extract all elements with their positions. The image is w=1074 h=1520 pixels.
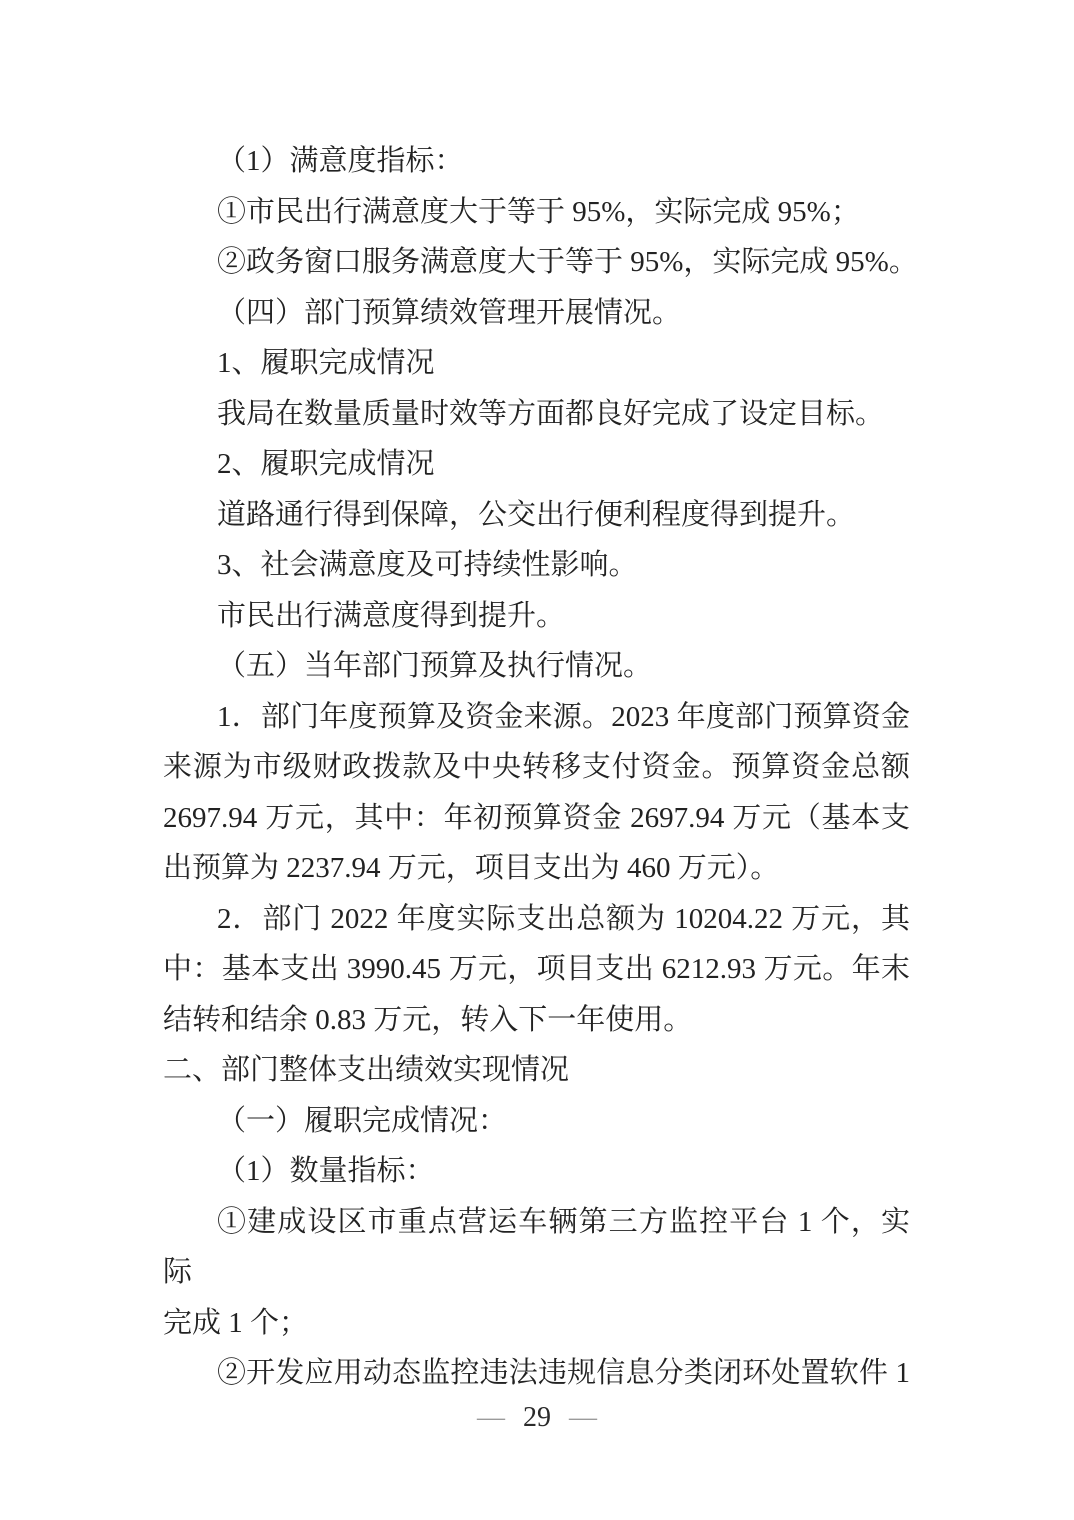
- text-line: （五）当年部门预算及执行情况。: [163, 641, 910, 692]
- text-line: ①建成设区市重点营运车辆第三方监控平台 1 个，实际: [163, 1197, 910, 1298]
- text-line: （一）履职完成情况：: [163, 1096, 910, 1147]
- text-line: （四）部门预算绩效管理开展情况。: [163, 288, 910, 339]
- text-line: ①市民出行满意度大于等于 95%，实际完成 95%；: [163, 187, 910, 238]
- text-line: 完成 1 个；: [163, 1298, 910, 1349]
- footer-dash-left: —: [477, 1402, 505, 1433]
- text-line: 道路通行得到保障，公交出行便利程度得到提升。: [163, 490, 910, 541]
- text-line: 结转和结余 0.83 万元，转入下一年使用。: [163, 995, 910, 1046]
- text-line: 3、社会满意度及可持续性影响。: [163, 540, 910, 591]
- section-heading: 二、部门整体支出绩效实现情况: [163, 1045, 910, 1096]
- text-line: 出预算为 2237.94 万元，项目支出为 460 万元）。: [163, 843, 910, 894]
- text-line: 2．部门 2022 年度实际支出总额为 10204.22 万元，其: [163, 894, 910, 945]
- text-line: 1、履职完成情况: [163, 338, 910, 389]
- text-line: 2697.94 万元，其中：年初预算资金 2697.94 万元（基本支: [163, 793, 910, 844]
- text-line: 我局在数量质量时效等方面都良好完成了设定目标。: [163, 389, 910, 440]
- text-line: ②开发应用动态监控违法违规信息分类闭环处置软件 1: [163, 1348, 910, 1399]
- footer-dash-right: —: [569, 1402, 597, 1433]
- text-line: （1）数量指标：: [163, 1146, 910, 1197]
- text-line: 1．部门年度预算及资金来源。2023 年度部门预算资金: [163, 692, 910, 743]
- text-line: 中：基本支出 3990.45 万元，项目支出 6212.93 万元。年末: [163, 944, 910, 995]
- text-line: 来源为市级财政拨款及中央转移支付资金。预算资金总额: [163, 742, 910, 793]
- document-page: （1）满意度指标： ①市民出行满意度大于等于 95%，实际完成 95%； ②政务…: [0, 0, 1074, 1520]
- page-body: （1）满意度指标： ①市民出行满意度大于等于 95%，实际完成 95%； ②政务…: [163, 136, 910, 1399]
- text-line: 市民出行满意度得到提升。: [163, 591, 910, 642]
- text-line: （1）满意度指标：: [163, 136, 910, 187]
- page-number: 29: [523, 1398, 551, 1438]
- text-line: 2、履职完成情况: [163, 439, 910, 490]
- page-footer: —29—: [0, 1398, 1074, 1438]
- text-line: ②政务窗口服务满意度大于等于 95%，实际完成 95%。: [163, 237, 910, 288]
